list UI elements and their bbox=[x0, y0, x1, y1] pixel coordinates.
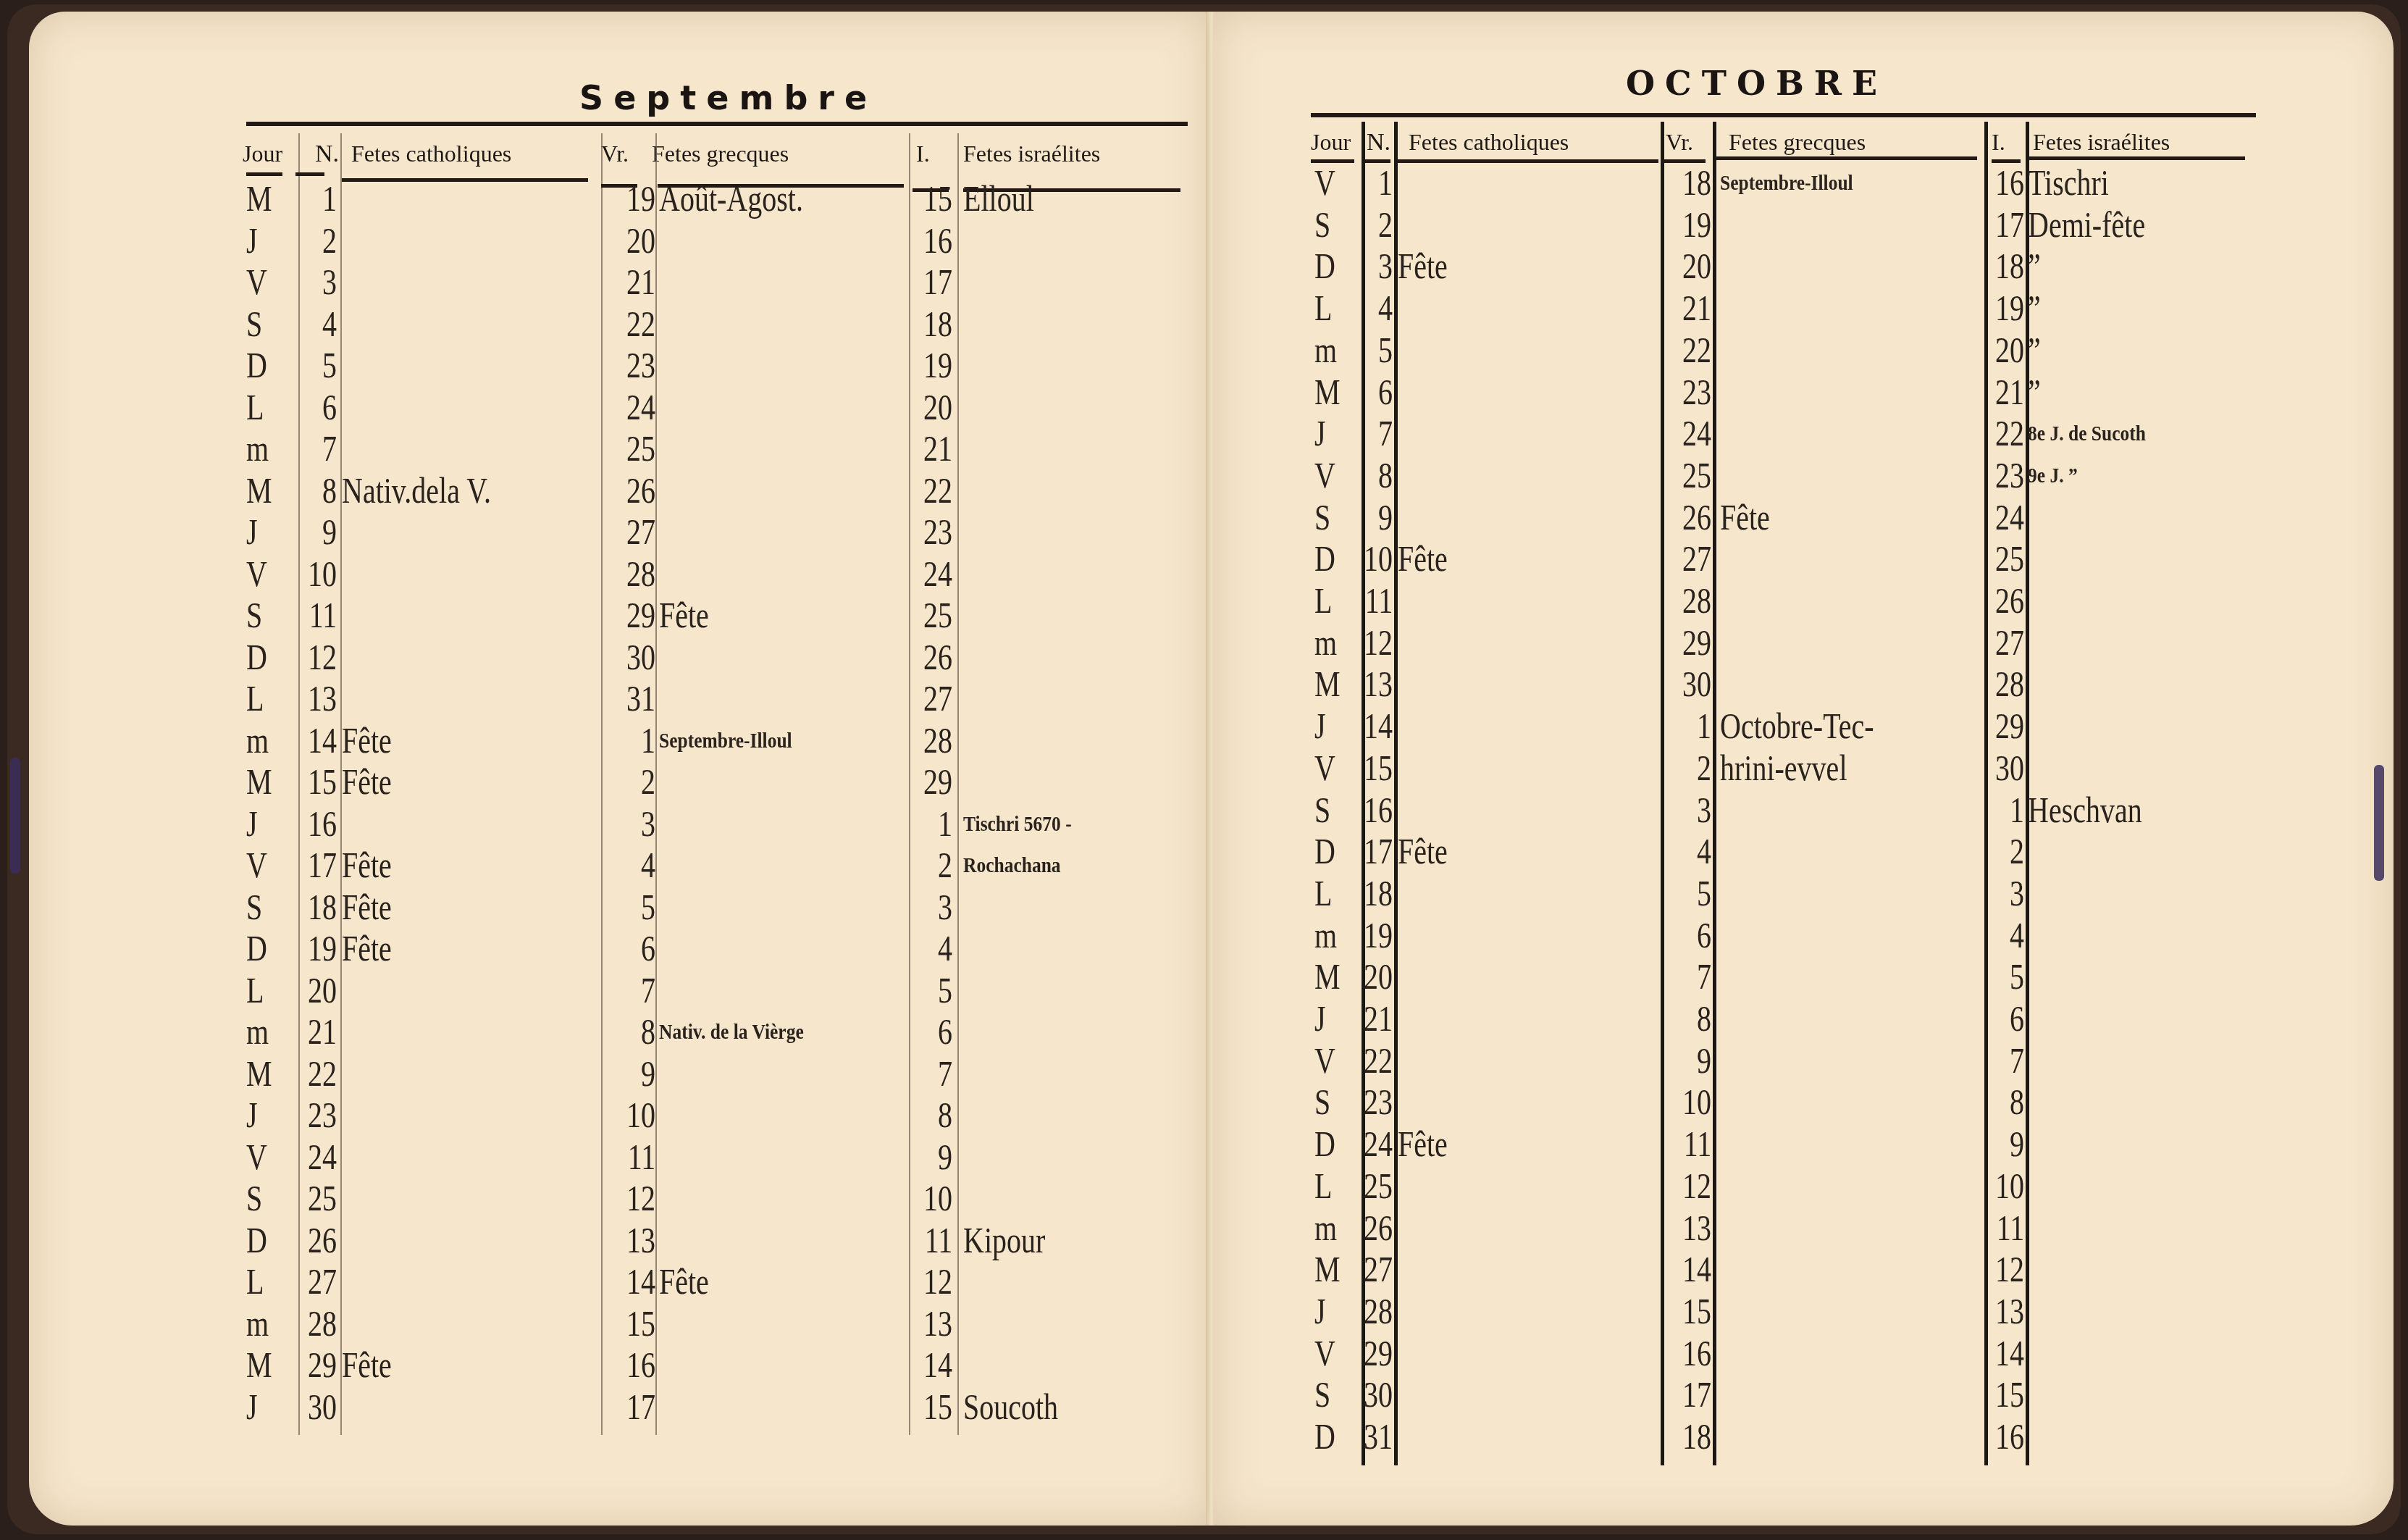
cell-cath: Fête bbox=[342, 1344, 392, 1386]
column-header-vr: Vr. bbox=[1666, 129, 1693, 156]
cell-i: 1 bbox=[2010, 790, 2024, 831]
cell-i: 24 bbox=[923, 553, 952, 595]
calendar-row: J1631Tischri 5670 - bbox=[29, 803, 1188, 845]
cell-jour: M bbox=[246, 470, 272, 511]
cell-jour: S bbox=[246, 887, 262, 928]
cell-vr: 29 bbox=[626, 595, 655, 636]
cell-vr: 11 bbox=[627, 1137, 655, 1178]
cell-jour: M bbox=[246, 1053, 272, 1095]
cell-i: 15 bbox=[923, 178, 952, 219]
cell-vr: 11 bbox=[1683, 1123, 1711, 1165]
cell-i: 16 bbox=[1995, 162, 2024, 204]
cell-n: 30 bbox=[308, 1386, 337, 1428]
edge-tab-mark bbox=[10, 758, 20, 874]
cell-isr: Tischri bbox=[2028, 162, 2109, 204]
cell-i: 9 bbox=[938, 1137, 952, 1178]
cell-jour: L bbox=[246, 678, 264, 719]
cell-jour: S bbox=[1314, 1081, 1330, 1123]
cell-vr: 25 bbox=[626, 428, 655, 469]
cell-n: 8 bbox=[1378, 455, 1393, 496]
column-header-i: I. bbox=[916, 141, 930, 167]
calendar-row: J92723 bbox=[29, 511, 1188, 553]
open-almanac: Septembre JourN.Fetes catholiquesVr.Fete… bbox=[7, 4, 2401, 1534]
cell-vr: 27 bbox=[626, 511, 655, 553]
cell-jour: V bbox=[1314, 1333, 1335, 1374]
cell-i: 16 bbox=[923, 220, 952, 261]
cell-jour: M bbox=[246, 761, 272, 803]
cell-n: 13 bbox=[308, 678, 337, 719]
calendar-row: L251210 bbox=[1213, 1166, 2372, 1207]
cell-i: 29 bbox=[923, 761, 952, 803]
cell-vr: 4 bbox=[641, 845, 655, 886]
subheader-rule bbox=[295, 172, 324, 176]
cell-vr: 20 bbox=[1682, 246, 1711, 287]
cell-jour: M bbox=[246, 178, 272, 219]
cell-n: 12 bbox=[1364, 622, 1393, 664]
cell-jour: D bbox=[1314, 1123, 1335, 1165]
cell-n: 24 bbox=[308, 1137, 337, 1178]
calendar-row: V825239e J. ” bbox=[1213, 455, 2372, 496]
cell-n: 23 bbox=[1364, 1081, 1393, 1123]
column-header-n: N. bbox=[1367, 129, 1390, 156]
cell-vr: 18 bbox=[1682, 162, 1711, 204]
calendar-row: D19Fête64 bbox=[29, 928, 1188, 969]
cell-i: 21 bbox=[1995, 372, 2024, 413]
calendar-row: m14Fête1Septembre-Illoul28 bbox=[29, 720, 1188, 761]
cell-i: 14 bbox=[1995, 1333, 2024, 1374]
cell-jour: L bbox=[246, 970, 264, 1011]
cell-vr: 8 bbox=[641, 1011, 655, 1053]
cell-vr: 3 bbox=[641, 803, 655, 845]
calendar-row: V118Septembre-Illoul16Tischri bbox=[1213, 162, 2372, 204]
cell-grec: Octobre-Tec- bbox=[1720, 706, 1874, 747]
cell-vr: 14 bbox=[626, 1261, 655, 1302]
cell-jour: J bbox=[1314, 413, 1326, 454]
cell-i: 27 bbox=[1995, 622, 2024, 664]
cell-jour: J bbox=[246, 1386, 258, 1428]
header-rule bbox=[246, 122, 1188, 126]
cell-i: 30 bbox=[1995, 748, 2024, 789]
cell-i: 7 bbox=[2010, 1040, 2024, 1081]
cell-jour: M bbox=[1314, 372, 1341, 413]
cell-n: 7 bbox=[322, 428, 337, 469]
cell-isr: 8e J. de Sucoth bbox=[2028, 413, 2146, 454]
cell-isr: Tischri 5670 - bbox=[963, 803, 1072, 845]
cell-vr: 9 bbox=[1697, 1040, 1711, 1081]
cell-vr: 28 bbox=[626, 553, 655, 595]
cell-n: 22 bbox=[308, 1053, 337, 1095]
cell-vr: 13 bbox=[1682, 1208, 1711, 1249]
cell-n: 28 bbox=[308, 1303, 337, 1344]
cell-i: 6 bbox=[2010, 998, 2024, 1039]
cell-vr: 1 bbox=[641, 720, 655, 761]
cell-vr: 17 bbox=[1682, 1374, 1711, 1415]
cell-cath: Nativ.dela V. bbox=[342, 470, 491, 511]
cell-i: 17 bbox=[923, 261, 952, 303]
cell-grec: Août-Agost. bbox=[659, 178, 803, 219]
calendar-row: S21917Demi-fête bbox=[1213, 204, 2372, 246]
cell-i: 23 bbox=[923, 511, 952, 553]
cell-i: 16 bbox=[1995, 1416, 2024, 1457]
cell-n: 24 bbox=[1364, 1123, 1393, 1165]
cell-jour: L bbox=[246, 387, 264, 428]
subheader-rule bbox=[246, 172, 282, 176]
cell-i: 6 bbox=[938, 1011, 952, 1053]
column-header-i: I. bbox=[1992, 129, 2005, 156]
cell-vr: 29 bbox=[1682, 622, 1711, 664]
cell-n: 6 bbox=[1378, 372, 1393, 413]
cell-i: 28 bbox=[923, 720, 952, 761]
cell-n: 19 bbox=[308, 928, 337, 969]
cell-jour: J bbox=[1314, 706, 1326, 747]
cell-i: 26 bbox=[923, 637, 952, 678]
cell-i: 27 bbox=[923, 678, 952, 719]
cell-grec: Septembre-Illoul bbox=[659, 720, 792, 761]
cell-vr: 30 bbox=[1682, 664, 1711, 705]
cell-n: 12 bbox=[308, 637, 337, 678]
calendar-row: m218Nativ. de la Vièrge6 bbox=[29, 1011, 1188, 1053]
cell-i: 12 bbox=[1995, 1249, 2024, 1290]
cell-i: 20 bbox=[1995, 330, 2024, 371]
cell-jour: m bbox=[1314, 1208, 1337, 1249]
cell-vr: 8 bbox=[1697, 998, 1711, 1039]
cell-jour: S bbox=[1314, 204, 1330, 246]
cell-grec: Fête bbox=[1720, 497, 1770, 538]
calendar-row: J141Octobre-Tec-29 bbox=[1213, 706, 2372, 747]
cell-i: 19 bbox=[923, 345, 952, 386]
calendar-row: J23108 bbox=[29, 1095, 1188, 1136]
header-rule bbox=[1311, 113, 2256, 117]
cell-n: 14 bbox=[1364, 706, 1393, 747]
calendar-row: L2075 bbox=[29, 970, 1188, 1011]
calendar-row: S301715 bbox=[1213, 1374, 2372, 1415]
calendar-row: J724228e J. de Sucoth bbox=[1213, 413, 2372, 454]
cell-i: 24 bbox=[1995, 497, 2024, 538]
cell-grec: hrini-evvel bbox=[1720, 748, 1847, 789]
cell-jour: S bbox=[1314, 1374, 1330, 1415]
cell-jour: S bbox=[246, 304, 262, 345]
calendar-row: V2297 bbox=[1213, 1040, 2372, 1081]
calendar-row: J301715Soucoth bbox=[29, 1386, 1188, 1428]
cell-vr: 2 bbox=[641, 761, 655, 803]
cell-n: 11 bbox=[1364, 580, 1393, 622]
cell-vr: 19 bbox=[626, 178, 655, 219]
cell-grec: Septembre-Illoul bbox=[1720, 162, 1853, 204]
cell-i: 5 bbox=[938, 970, 952, 1011]
calendar-row: L62420 bbox=[29, 387, 1188, 428]
cell-jour: M bbox=[1314, 664, 1341, 705]
cell-jour: D bbox=[246, 1220, 267, 1261]
cell-i: 28 bbox=[1995, 664, 2024, 705]
cell-n: 16 bbox=[308, 803, 337, 845]
column-header-jour: Jour bbox=[1311, 129, 1351, 156]
cell-isr: 9e J. ” bbox=[2028, 455, 2078, 496]
calendar-row: S42218 bbox=[29, 304, 1188, 345]
cell-n: 19 bbox=[1364, 915, 1393, 956]
cell-vr: 28 bbox=[1682, 580, 1711, 622]
calendar-row: m72521 bbox=[29, 428, 1188, 469]
cell-n: 16 bbox=[1364, 790, 1393, 831]
cell-n: 25 bbox=[1364, 1166, 1393, 1207]
cell-n: 20 bbox=[1364, 956, 1393, 997]
cell-grec: Fête bbox=[659, 595, 709, 636]
page-septembre: Septembre JourN.Fetes catholiquesVr.Fete… bbox=[29, 12, 1209, 1526]
cell-jour: J bbox=[246, 803, 258, 845]
subheader-rule bbox=[2028, 156, 2245, 160]
cell-jour: J bbox=[1314, 1291, 1326, 1332]
calendar-row: D17Fête42 bbox=[1213, 831, 2372, 872]
cell-i: 26 bbox=[1995, 580, 2024, 622]
cell-vr: 26 bbox=[626, 470, 655, 511]
cell-isr: Elloul bbox=[963, 178, 1034, 219]
cell-vr: 3 bbox=[1697, 790, 1711, 831]
cell-vr: 22 bbox=[626, 304, 655, 345]
cell-jour: M bbox=[1314, 1249, 1341, 1290]
cell-n: 1 bbox=[322, 178, 337, 219]
cell-jour: J bbox=[246, 220, 258, 261]
cell-vr: 5 bbox=[641, 887, 655, 928]
cell-n: 5 bbox=[322, 345, 337, 386]
cell-vr: 10 bbox=[626, 1095, 655, 1136]
cell-jour: V bbox=[246, 845, 267, 886]
cell-cath: Fête bbox=[342, 928, 392, 969]
month-title: OCTOBRE bbox=[1626, 64, 1887, 103]
cell-vr: 24 bbox=[1682, 413, 1711, 454]
cell-n: 15 bbox=[1364, 748, 1393, 789]
cell-isr: Soucoth bbox=[963, 1386, 1058, 1428]
cell-cath: Fête bbox=[342, 720, 392, 761]
calendar-row: V102824 bbox=[29, 553, 1188, 595]
cell-i: 11 bbox=[1996, 1208, 2024, 1249]
cell-vr: 18 bbox=[1682, 1416, 1711, 1457]
cell-i: 15 bbox=[923, 1386, 952, 1428]
cell-i: 10 bbox=[923, 1178, 952, 1219]
cell-isr: Heschvan bbox=[2028, 790, 2142, 831]
cell-isr: ” bbox=[2028, 330, 2041, 371]
cell-i: 22 bbox=[923, 470, 952, 511]
cell-n: 20 bbox=[308, 970, 337, 1011]
calendar-row: S23108 bbox=[1213, 1081, 2372, 1123]
calendar-row: m261311 bbox=[1213, 1208, 2372, 1249]
calendar-row: D52319 bbox=[29, 345, 1188, 386]
cell-jour: V bbox=[1314, 748, 1335, 789]
cell-i: 17 bbox=[1995, 204, 2024, 246]
cell-jour: m bbox=[246, 720, 269, 761]
calendar-row: D10Fête2725 bbox=[1213, 538, 2372, 579]
cell-isr: Demi-fête bbox=[2028, 204, 2145, 246]
cell-isr: Rochachana bbox=[963, 845, 1061, 886]
calendar-row: V152hrini-evvel30 bbox=[1213, 748, 2372, 789]
cell-n: 26 bbox=[1364, 1208, 1393, 1249]
calendar-row: M2075 bbox=[1213, 956, 2372, 997]
cell-jour: m bbox=[246, 428, 269, 469]
cell-n: 17 bbox=[308, 845, 337, 886]
calendar-row: V17Fête42Rochachana bbox=[29, 845, 1188, 886]
cell-vr: 30 bbox=[626, 637, 655, 678]
cell-vr: 15 bbox=[626, 1303, 655, 1344]
column-header-grec: Fetes grecques bbox=[1729, 129, 1866, 156]
cell-n: 4 bbox=[1378, 288, 1393, 329]
subheader-rule bbox=[1716, 156, 1977, 160]
cell-vr: 15 bbox=[1682, 1291, 1711, 1332]
cell-jour: M bbox=[246, 1344, 272, 1386]
cell-grec: Fête bbox=[659, 1261, 709, 1302]
cell-i: 21 bbox=[923, 428, 952, 469]
cell-i: 3 bbox=[938, 887, 952, 928]
cell-vr: 6 bbox=[1697, 915, 1711, 956]
cell-vr: 4 bbox=[1697, 831, 1711, 872]
cell-n: 10 bbox=[1364, 538, 1393, 579]
cell-vr: 31 bbox=[626, 678, 655, 719]
column-header-cath: Fetes catholiques bbox=[351, 141, 511, 167]
cell-vr: 16 bbox=[626, 1344, 655, 1386]
cell-n: 22 bbox=[1364, 1040, 1393, 1081]
cell-vr: 22 bbox=[1682, 330, 1711, 371]
cell-jour: D bbox=[1314, 831, 1335, 872]
calendar-row: D261311Kipour bbox=[29, 1220, 1188, 1261]
cell-i: 1 bbox=[938, 803, 952, 845]
cell-jour: S bbox=[246, 1178, 262, 1219]
calendar-row: M62321” bbox=[1213, 372, 2372, 413]
cell-jour: D bbox=[246, 345, 267, 386]
cell-i: 12 bbox=[923, 1261, 952, 1302]
cell-cath: Fête bbox=[1398, 246, 1448, 287]
cell-n: 29 bbox=[308, 1344, 337, 1386]
cell-jour: V bbox=[1314, 162, 1335, 204]
cell-n: 13 bbox=[1364, 664, 1393, 705]
cell-vr: 10 bbox=[1682, 1081, 1711, 1123]
cell-i: 14 bbox=[923, 1344, 952, 1386]
cell-n: 6 bbox=[322, 387, 337, 428]
cell-cath: Fête bbox=[1398, 1123, 1448, 1165]
cell-vr: 7 bbox=[641, 970, 655, 1011]
cell-vr: 23 bbox=[1682, 372, 1711, 413]
cell-vr: 23 bbox=[626, 345, 655, 386]
cell-i: 25 bbox=[1995, 538, 2024, 579]
calendar-row: M29Fête1614 bbox=[29, 1344, 1188, 1386]
calendar-row: S1129Fête25 bbox=[29, 595, 1188, 636]
cell-n: 8 bbox=[322, 470, 337, 511]
cell-n: 15 bbox=[308, 761, 337, 803]
cell-jour: V bbox=[246, 1137, 267, 1178]
calendar-row: M15Fête229 bbox=[29, 761, 1188, 803]
cell-n: 10 bbox=[308, 553, 337, 595]
cell-n: 31 bbox=[1364, 1416, 1393, 1457]
cell-jour: J bbox=[1314, 998, 1326, 1039]
calendar-row: S251210 bbox=[29, 1178, 1188, 1219]
cell-n: 27 bbox=[1364, 1249, 1393, 1290]
calendar-row: m281513 bbox=[29, 1303, 1188, 1344]
column-header-vr: Vr. bbox=[601, 141, 629, 167]
cell-i: 13 bbox=[923, 1303, 952, 1344]
cell-vr: 12 bbox=[626, 1178, 655, 1219]
cell-n: 7 bbox=[1378, 413, 1393, 454]
calendar-row: M2297 bbox=[29, 1053, 1188, 1095]
cell-isr: ” bbox=[2028, 246, 2041, 287]
calendar-row: D3Fête2018” bbox=[1213, 246, 2372, 287]
cell-i: 29 bbox=[1995, 706, 2024, 747]
calendar-row: S18Fête53 bbox=[29, 887, 1188, 928]
calendar-row: D311816 bbox=[1213, 1416, 2372, 1457]
cell-vr: 7 bbox=[1697, 956, 1711, 997]
cell-jour: L bbox=[1314, 580, 1332, 622]
cell-jour: S bbox=[246, 595, 262, 636]
calendar-row: m1964 bbox=[1213, 915, 2372, 956]
calendar-row: L42119” bbox=[1213, 288, 2372, 329]
calendar-row: L2714Fête12 bbox=[29, 1261, 1188, 1302]
cell-jour: m bbox=[1314, 915, 1337, 956]
calendar-row: M8Nativ.dela V.2622 bbox=[29, 470, 1188, 511]
cell-i: 7 bbox=[938, 1053, 952, 1095]
calendar-row: D123026 bbox=[29, 637, 1188, 678]
cell-jour: L bbox=[1314, 1166, 1332, 1207]
cell-jour: m bbox=[1314, 622, 1337, 664]
cell-n: 4 bbox=[322, 304, 337, 345]
calendar-row: V291614 bbox=[1213, 1333, 2372, 1374]
cell-n: 26 bbox=[308, 1220, 337, 1261]
cell-n: 27 bbox=[308, 1261, 337, 1302]
page-octobre: OCTOBRE JourN.Fetes catholiquesVr.Fetes … bbox=[1213, 12, 2394, 1526]
month-title: Septembre bbox=[579, 78, 877, 117]
cell-cath: Fête bbox=[342, 887, 392, 928]
cell-vr: 21 bbox=[1682, 288, 1711, 329]
cell-i: 13 bbox=[1995, 1291, 2024, 1332]
cell-cath: Fête bbox=[1398, 538, 1448, 579]
calendar-row: S926Fête24 bbox=[1213, 497, 2372, 538]
cell-cath: Fête bbox=[342, 845, 392, 886]
cell-jour: m bbox=[1314, 330, 1337, 371]
cell-vr: 16 bbox=[1682, 1333, 1711, 1374]
cell-n: 2 bbox=[322, 220, 337, 261]
column-header-cath: Fetes catholiques bbox=[1409, 129, 1569, 156]
cell-i: 8 bbox=[938, 1095, 952, 1136]
calendar-row: L133127 bbox=[29, 678, 1188, 719]
calendar-row: m122927 bbox=[1213, 622, 2372, 664]
cell-jour: S bbox=[1314, 790, 1330, 831]
cell-i: 18 bbox=[1995, 246, 2024, 287]
cell-jour: L bbox=[1314, 288, 1332, 329]
cell-n: 21 bbox=[308, 1011, 337, 1053]
cell-isr: Kipour bbox=[963, 1220, 1045, 1261]
cell-jour: J bbox=[246, 1095, 258, 1136]
cell-jour: m bbox=[246, 1011, 269, 1053]
cell-n: 29 bbox=[1364, 1333, 1393, 1374]
calendar-row: L1853 bbox=[1213, 873, 2372, 914]
cell-n: 2 bbox=[1378, 204, 1393, 246]
column-header-isr: Fetes israélites bbox=[2033, 129, 2170, 156]
column-header-jour: Jour bbox=[243, 141, 282, 167]
cell-i: 9 bbox=[2010, 1123, 2024, 1165]
cell-cath: Fête bbox=[1398, 831, 1448, 872]
cell-n: 18 bbox=[308, 887, 337, 928]
cell-jour: M bbox=[1314, 956, 1341, 997]
cell-n: 30 bbox=[1364, 1374, 1393, 1415]
cell-jour: D bbox=[246, 928, 267, 969]
cell-jour: D bbox=[1314, 1416, 1335, 1457]
calendar-row: J22016 bbox=[29, 220, 1188, 261]
cell-jour: J bbox=[246, 511, 258, 553]
calendar-row: m52220” bbox=[1213, 330, 2372, 371]
cell-n: 5 bbox=[1378, 330, 1393, 371]
cell-vr: 2 bbox=[1697, 748, 1711, 789]
cell-i: 10 bbox=[1995, 1166, 2024, 1207]
cell-n: 25 bbox=[308, 1178, 337, 1219]
calendar-row: D24Fête119 bbox=[1213, 1123, 2372, 1165]
cell-i: 25 bbox=[923, 595, 952, 636]
column-header-n: N. bbox=[315, 141, 339, 168]
calendar-row: V24119 bbox=[29, 1137, 1188, 1178]
cell-n: 3 bbox=[1378, 246, 1393, 287]
